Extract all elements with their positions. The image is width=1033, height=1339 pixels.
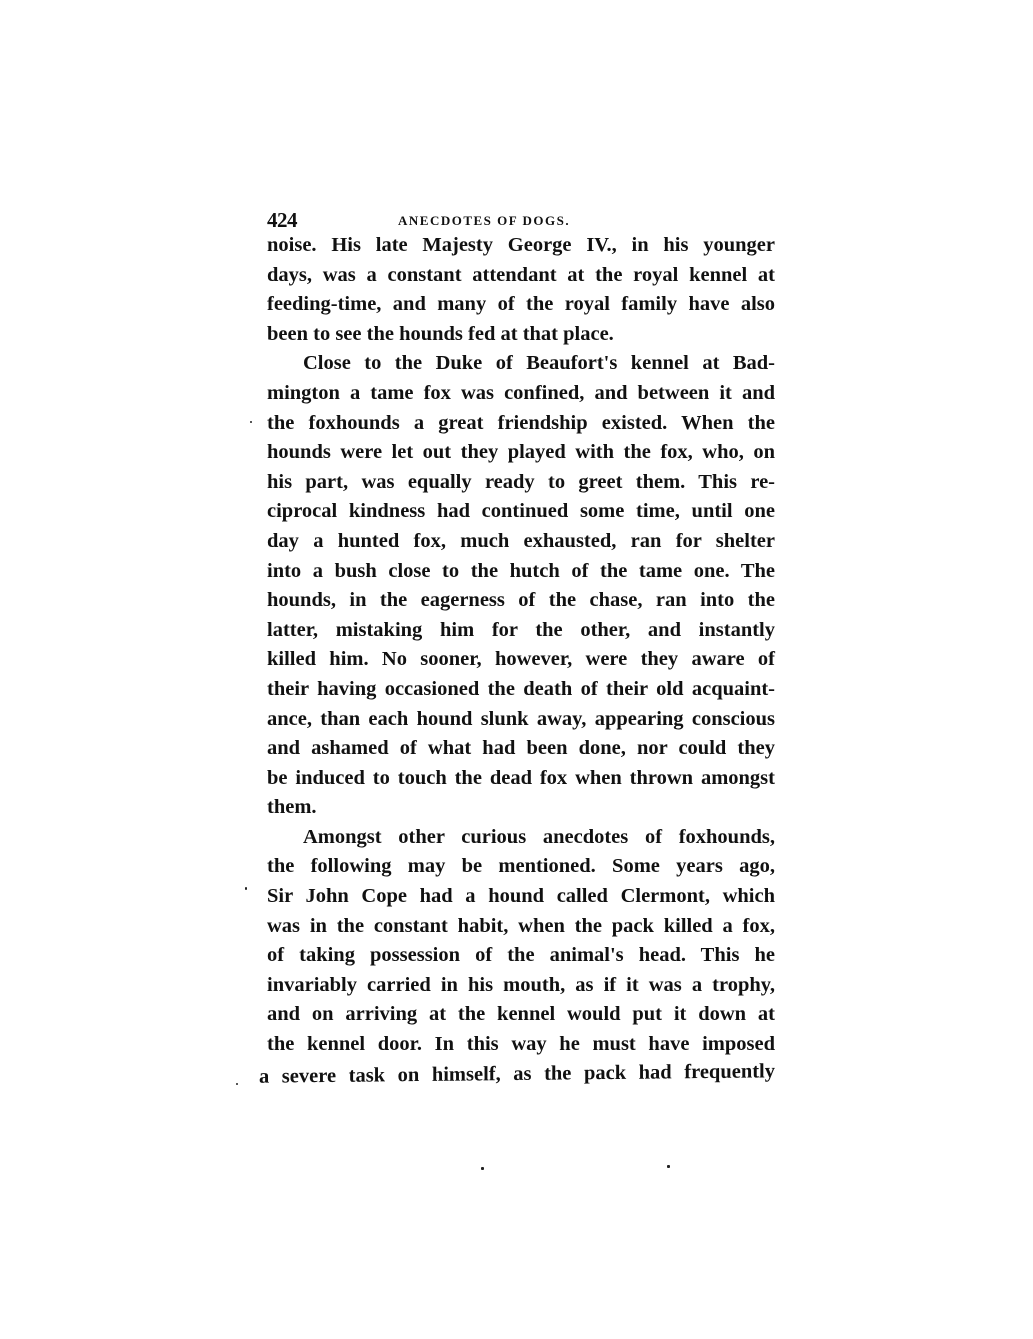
text-line: latter, mistaking him for the other, and… xyxy=(267,616,775,646)
scan-speck xyxy=(667,1165,670,1168)
text-line: days, was a constant attendant at the ro… xyxy=(267,261,775,291)
text-line: be induced to touch the dead fox when th… xyxy=(267,764,775,794)
scan-speck xyxy=(236,1083,238,1085)
text-line: Close to the Duke of Beaufort's kennel a… xyxy=(267,349,775,379)
paragraph-3: Amongst other curious anecdotes of foxho… xyxy=(267,823,775,1089)
running-head: 424 ANECDOTES OF DOGS. xyxy=(267,208,775,232)
text-line: their having occasioned the death of the… xyxy=(267,675,775,705)
text-line: hounds were let out they played with the… xyxy=(267,438,775,468)
text-line: into a bush close to the hutch of the ta… xyxy=(267,557,775,587)
paragraph-1: noise. His late Majesty George IV., in h… xyxy=(267,231,775,349)
page-number: 424 xyxy=(267,208,297,233)
text-line: was in the constant habit, when the pack… xyxy=(267,912,775,942)
text-line: ciprocal kindness had continued some tim… xyxy=(267,497,775,527)
body-text: noise. His late Majesty George IV., in h… xyxy=(267,231,775,1089)
text-line: ance, than each hound slunk away, appear… xyxy=(267,705,775,735)
text-line: feeding-time, and many of the royal fami… xyxy=(267,290,775,320)
text-line: his part, was equally ready to greet the… xyxy=(267,468,775,498)
book-page: 424 ANECDOTES OF DOGS. noise. His late M… xyxy=(0,0,1033,1339)
text-line: the kennel door. In this way he must hav… xyxy=(267,1030,775,1060)
text-line: the following may be mentioned. Some yea… xyxy=(267,852,775,882)
text-line: noise. His late Majesty George IV., in h… xyxy=(267,231,775,261)
text-line: and on arriving at the kennel would put … xyxy=(267,1000,775,1030)
paragraph-2: Close to the Duke of Beaufort's kennel a… xyxy=(267,349,775,823)
text-line: of taking possession of the animal's hea… xyxy=(267,941,775,971)
running-title: ANECDOTES OF DOGS. xyxy=(398,213,570,229)
text-line: been to see the hounds fed at that place… xyxy=(267,320,775,350)
text-line: killed him. No sooner, however, were the… xyxy=(267,645,775,675)
text-line: mington a tame fox was confined, and bet… xyxy=(267,379,775,409)
scan-speck xyxy=(250,421,252,423)
text-line: and ashamed of what had been done, nor c… xyxy=(267,734,775,764)
scan-speck xyxy=(481,1167,484,1170)
text-line: Amongst other curious anecdotes of foxho… xyxy=(267,823,775,853)
text-line: a severe task on himself, as the pack ha… xyxy=(259,1057,775,1092)
text-line: invariably carried in his mouth, as if i… xyxy=(267,971,775,1001)
text-line: them. xyxy=(267,793,775,823)
text-line: Sir John Cope had a hound called Clermon… xyxy=(267,882,775,912)
text-line: the foxhounds a great friendship existed… xyxy=(267,409,775,439)
text-line: hounds, in the eagerness of the chase, r… xyxy=(267,586,775,616)
text-line: day a hunted fox, much exhausted, ran fo… xyxy=(267,527,775,557)
scan-speck xyxy=(245,887,247,890)
